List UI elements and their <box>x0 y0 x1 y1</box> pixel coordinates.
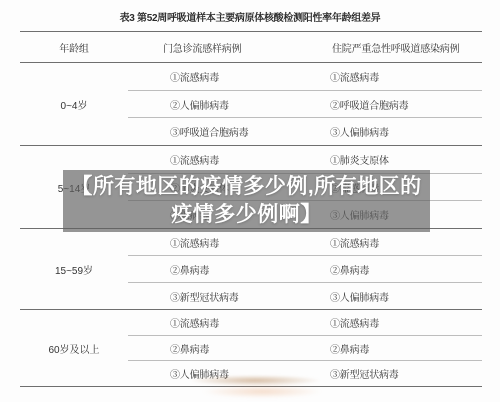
ili-pathogen-cell: ①流感病毒 <box>170 69 330 84</box>
pathogen-rank-list: ①流感病毒①流感病毒②鼻病毒②鼻病毒③新型冠状病毒③人偏肺病毒 <box>128 229 482 309</box>
pathogen-rank-row: ②鼻病毒②鼻病毒 <box>128 335 482 361</box>
ili-pathogen-cell: ①流感病毒 <box>170 315 330 330</box>
sari-pathogen-cell: ①流感病毒 <box>330 69 482 84</box>
ili-pathogen-cell: ③人偏肺病毒 <box>170 366 330 381</box>
pathogen-rank-list: ①流感病毒①流感病毒②人偏肺病毒②呼吸道合胞病毒③呼吸道合胞病毒③人偏肺病毒 <box>128 63 482 145</box>
header-outpatient-ili: 门急诊流感样病例 <box>128 40 323 55</box>
watermark-line1: 【所有地区的疫情多少例,所有地区的 <box>63 173 430 201</box>
ili-pathogen-cell: ②人偏肺病毒 <box>170 97 330 112</box>
ili-pathogen-cell: ①流感病毒 <box>170 152 330 167</box>
sari-pathogen-cell: ①流感病毒 <box>330 235 482 250</box>
ili-pathogen-cell: ②鼻病毒 <box>170 262 330 277</box>
watermark-line2: 疫情多少例啊】 <box>63 201 430 229</box>
sari-pathogen-cell: ③人偏肺病毒 <box>330 124 482 139</box>
pathogen-rank-row: ③新型冠状病毒③人偏肺病毒 <box>128 282 482 309</box>
pathogen-rank-row: ②鼻病毒②鼻病毒 <box>128 255 482 282</box>
header-age-group: 年龄组 <box>20 40 128 55</box>
sari-pathogen-cell: ①流感病毒 <box>330 315 482 330</box>
pathogen-rank-row: ③呼吸道合胞病毒③人偏肺病毒 <box>128 117 482 145</box>
ili-pathogen-cell: ③新型冠状病毒 <box>170 289 330 304</box>
pathogen-rank-list: ①流感病毒①流感病毒②鼻病毒②鼻病毒③人偏肺病毒③新型冠状病毒 <box>128 310 482 386</box>
sari-pathogen-cell: ②鼻病毒 <box>330 262 482 277</box>
pathogen-rank-row: ③人偏肺病毒③新型冠状病毒 <box>128 360 482 386</box>
page: 表3 第52周呼吸道样本主要病原体核酸检测阳性率年龄组差异 年龄组 门急诊流感样… <box>0 0 500 402</box>
table-row: 0~4岁①流感病毒①流感病毒②人偏肺病毒②呼吸道合胞病毒③呼吸道合胞病毒③人偏肺… <box>20 63 482 145</box>
table-header: 年龄组 门急诊流感样病例 住院严重急性呼吸道感染病例 <box>20 32 482 63</box>
age-group-label: 60岁及以上 <box>20 310 128 386</box>
ili-pathogen-cell: ③呼吸道合胞病毒 <box>170 124 330 139</box>
ili-pathogen-cell: ①流感病毒 <box>170 235 330 250</box>
pathogen-rank-row: ①流感病毒①流感病毒 <box>128 310 482 335</box>
pathogen-rank-row: ①流感病毒①流感病毒 <box>128 63 482 90</box>
pathogen-rank-row: ①流感病毒①肺炎支原体 <box>128 146 482 173</box>
header-hospitalized-sari: 住院严重急性呼吸道感染病例 <box>323 40 482 55</box>
sari-pathogen-cell: ③人偏肺病毒 <box>330 289 482 304</box>
table-row: 15~59岁①流感病毒①流感病毒②鼻病毒②鼻病毒③新型冠状病毒③人偏肺病毒 <box>20 228 482 309</box>
ili-pathogen-cell: ②鼻病毒 <box>170 341 330 356</box>
pathogen-rank-row: ①流感病毒①流感病毒 <box>128 229 482 255</box>
table-row: 60岁及以上①流感病毒①流感病毒②鼻病毒②鼻病毒③人偏肺病毒③新型冠状病毒 <box>20 309 482 386</box>
sari-pathogen-cell: ③新型冠状病毒 <box>330 366 482 381</box>
sari-pathogen-cell: ②呼吸道合胞病毒 <box>330 97 482 112</box>
watermark-overlay: 【所有地区的疫情多少例,所有地区的 疫情多少例啊】 <box>63 170 430 232</box>
table-title: 表3 第52周呼吸道样本主要病原体核酸检测阳性率年龄组差异 <box>0 9 500 24</box>
age-group-label: 15~59岁 <box>20 229 128 309</box>
sari-pathogen-cell: ②鼻病毒 <box>330 341 482 356</box>
sari-pathogen-cell: ①肺炎支原体 <box>330 152 482 167</box>
pathogen-rank-row: ②人偏肺病毒②呼吸道合胞病毒 <box>128 90 482 118</box>
age-group-label: 0~4岁 <box>20 63 128 145</box>
